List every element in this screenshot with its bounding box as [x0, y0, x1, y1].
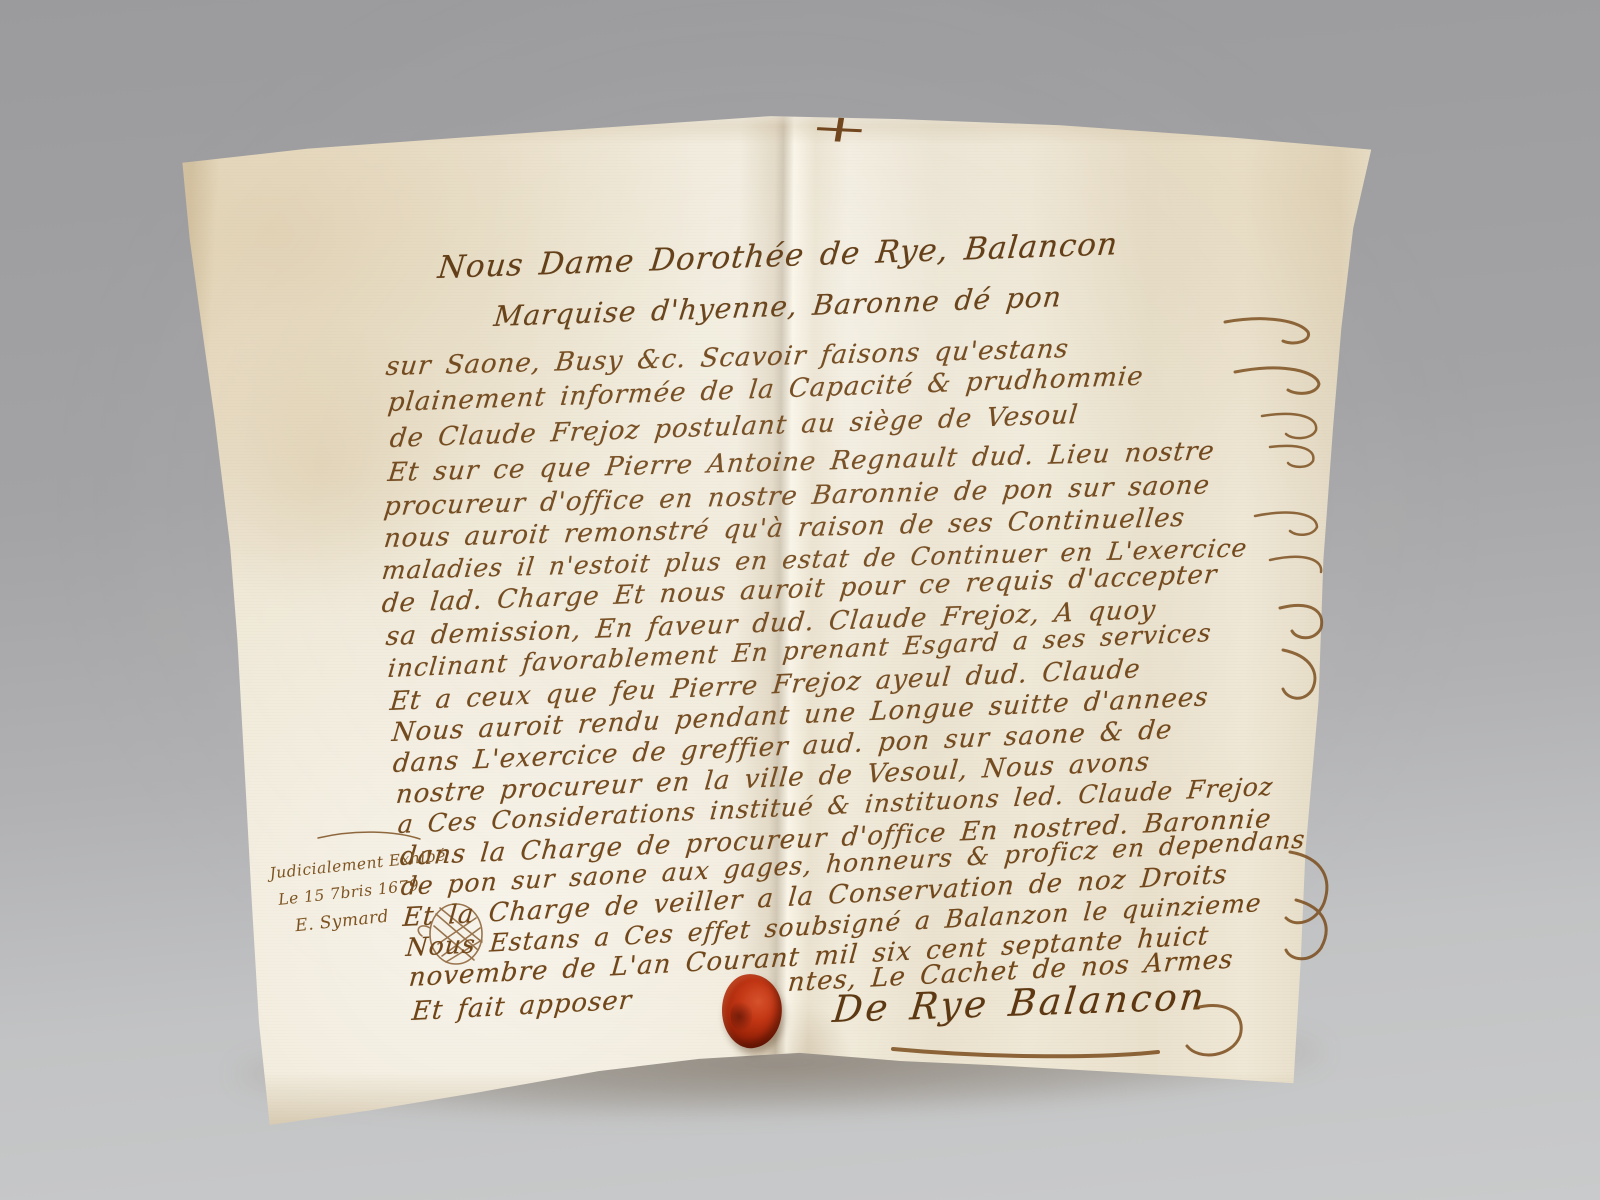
- cross-mark: +: [806, 105, 873, 152]
- manuscript-photo: + Nous Dame Dorothée de Rye, Balancon Ma…: [0, 0, 1600, 1200]
